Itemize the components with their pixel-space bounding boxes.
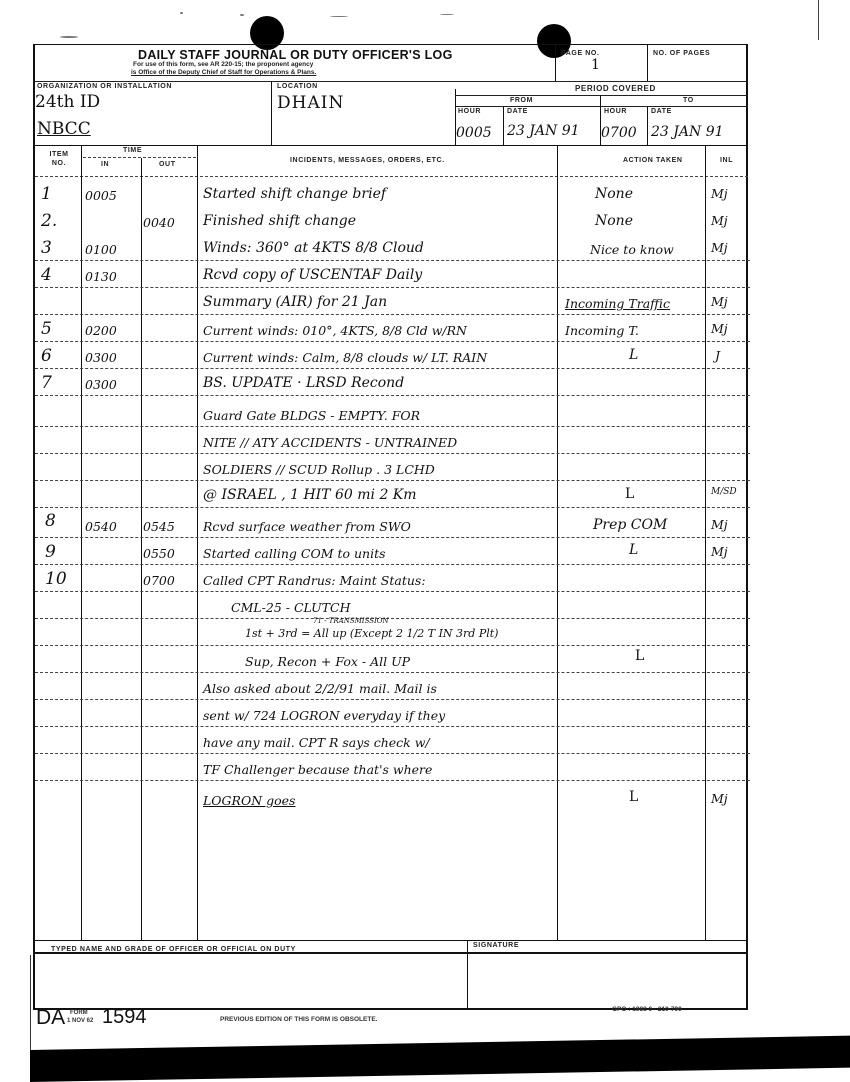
- item-no[interactable]: 7: [41, 373, 52, 393]
- item-no[interactable]: 3: [41, 238, 52, 258]
- col-time: TIME: [123, 147, 142, 154]
- from-date-value[interactable]: 23 JAN 91: [507, 123, 580, 139]
- signature-block: TYPED NAME AND GRADE OF OFFICER OR OFFIC…: [33, 940, 748, 1010]
- action-taken[interactable]: Prep COM: [593, 517, 667, 533]
- scan-speck: [180, 12, 183, 14]
- entry-text[interactable]: 1st + 3rd = All up (Except 2 1/2 T IN 3r…: [245, 627, 498, 640]
- from-hour-value[interactable]: 0005: [456, 125, 492, 141]
- divider: [271, 81, 272, 145]
- action-taken[interactable]: L: [625, 486, 634, 502]
- entry-text[interactable]: Called CPT Randrus: Maint Status:: [203, 573, 426, 588]
- previous-edition-note: PREVIOUS EDITION OF THIS FORM IS OBSOLET…: [220, 1016, 377, 1023]
- table-row: CML-25 - CLUTCH: [35, 592, 750, 619]
- action-taken[interactable]: Incoming Traffic: [565, 296, 670, 311]
- scan-speck: [60, 36, 78, 38]
- divider: [35, 145, 748, 146]
- scan-edge-mark: [818, 0, 819, 40]
- table-row: 9 0550 Started calling COM to units L Mj: [35, 538, 750, 565]
- scan-shadow-bar: [30, 1036, 850, 1082]
- table-row: 4 0130 Rcvd copy of USCENTAF Daily: [35, 261, 750, 288]
- entry-text[interactable]: Guard Gate BLDGS - EMPTY. FOR: [203, 408, 420, 423]
- time-out[interactable]: 0545: [143, 519, 175, 534]
- page-no-value[interactable]: 1: [591, 57, 600, 73]
- item-no[interactable]: 1: [41, 184, 52, 204]
- signature-field[interactable]: [473, 954, 743, 998]
- entry-text[interactable]: have any mail. CPT R says check w/: [203, 735, 430, 750]
- item-no[interactable]: 5: [41, 319, 52, 339]
- to-hour-label: HOUR: [604, 108, 627, 115]
- entry-text[interactable]: Finished shift change: [203, 213, 356, 229]
- table-row: Also asked about 2/2/91 mail. Mail is: [35, 673, 750, 700]
- time-in[interactable]: 0300: [85, 377, 117, 392]
- item-no[interactable]: 10: [45, 569, 67, 589]
- initials[interactable]: M/SD: [711, 487, 737, 497]
- col-initials: INL: [720, 157, 733, 164]
- col-action-taken: ACTION TAKEN: [623, 157, 683, 164]
- initials[interactable]: Mj: [711, 544, 728, 559]
- scan-speck: [240, 14, 244, 16]
- row-rule: [35, 507, 750, 508]
- initials[interactable]: J: [715, 348, 720, 363]
- divider: [455, 106, 748, 107]
- entry-text[interactable]: SOLDIERS // SCUD Rollup . 3 LCHD: [203, 462, 435, 477]
- table-row: 3 0100 Winds: 360° at 4KTS 8/8 Cloud Nic…: [35, 234, 750, 261]
- no-of-pages-field[interactable]: [653, 59, 743, 79]
- form-date: 1 NOV 62: [67, 1018, 93, 1024]
- entry-text[interactable]: Sup, Recon + Fox - All UP: [245, 654, 410, 669]
- action-taken[interactable]: L: [629, 347, 638, 363]
- divider: [555, 45, 556, 81]
- time-in[interactable]: 0540: [85, 519, 117, 534]
- divider: [35, 81, 748, 82]
- table-row: 71 - TRANSMISSION 1st + 3rd = All up (Ex…: [35, 619, 750, 646]
- table-row: 8 0540 0545 Rcvd surface weather from SW…: [35, 511, 750, 538]
- form-subtitle: is Office of the Deputy Chief of Staff f…: [131, 69, 316, 76]
- entry-annotation[interactable]: 71 - TRANSMISSION: [313, 617, 389, 625]
- initials[interactable]: Mj: [711, 240, 728, 255]
- signature-label: SIGNATURE: [473, 942, 519, 949]
- form-number: 1594: [102, 1006, 147, 1029]
- initials[interactable]: Mj: [711, 791, 728, 806]
- to-date-label: DATE: [651, 108, 672, 115]
- action-taken[interactable]: Nice to know: [590, 242, 674, 257]
- table-row: LOGRON goes L Mj: [35, 785, 750, 812]
- entry-text[interactable]: NITE // ATY ACCIDENTS - UNTRAINED: [203, 435, 457, 450]
- table-row: sent w/ 724 LOGRON everyday if they: [35, 700, 750, 727]
- no-of-pages-label: NO. OF PAGES: [653, 50, 710, 57]
- to-hour-value[interactable]: 0700: [601, 125, 637, 141]
- form-title: DAILY STAFF JOURNAL OR DUTY OFFICER'S LO…: [138, 48, 453, 62]
- time-in[interactable]: 0300: [85, 350, 117, 365]
- table-row: Sup, Recon + Fox - All UP L: [35, 646, 750, 673]
- location-value[interactable]: DHAIN: [277, 93, 344, 113]
- entry-text[interactable]: sent w/ 724 LOGRON everyday if they: [203, 708, 445, 723]
- table-row: 6 0300 Current winds: Calm, 8/8 clouds w…: [35, 342, 750, 369]
- action-taken[interactable]: L: [629, 789, 638, 805]
- organization-line2[interactable]: NBCC: [37, 119, 91, 139]
- entry-text[interactable]: BS. UPDATE · LRSD Recond: [203, 375, 404, 391]
- divider: [647, 45, 648, 81]
- time-in[interactable]: 0200: [85, 323, 117, 338]
- table-row: have any mail. CPT R says check w/: [35, 727, 750, 754]
- entry-text[interactable]: Also asked about 2/2/91 mail. Mail is: [203, 681, 437, 696]
- time-out[interactable]: 0040: [143, 215, 175, 230]
- organization-label: ORGANIZATION OR INSTALLATION: [37, 83, 172, 90]
- entry-text[interactable]: Current winds: 010°, 4KTS, 8/8 Cld w/RN: [203, 323, 467, 338]
- gpo-note: GPO : 1988 0 - 210-790: [612, 1006, 682, 1013]
- organization-line1[interactable]: 24th ID: [35, 92, 100, 112]
- initials[interactable]: Mj: [711, 186, 728, 201]
- form-prefix: DA: [36, 1006, 65, 1030]
- item-no[interactable]: 8: [45, 511, 56, 531]
- item-no[interactable]: 9: [45, 542, 56, 562]
- form-subtitle: For use of this form, see AR 220-15; the…: [133, 61, 313, 68]
- action-taken[interactable]: None: [595, 213, 633, 229]
- time-in[interactable]: 0100: [85, 242, 117, 257]
- form-label: FORM: [70, 1010, 88, 1016]
- item-no[interactable]: 4: [41, 265, 52, 285]
- page-no-label: PAGE NO.: [561, 50, 600, 57]
- to-date-value[interactable]: 23 JAN 91: [651, 124, 724, 140]
- entry-text[interactable]: CML-25 - CLUTCH: [231, 600, 350, 615]
- table-row: TF Challenger because that's where: [35, 754, 750, 781]
- divider: [455, 95, 748, 96]
- from-hour-label: HOUR: [458, 108, 481, 115]
- entry-text[interactable]: Winds: 360° at 4KTS 8/8 Cloud: [203, 240, 424, 256]
- item-no[interactable]: 2.: [41, 211, 57, 231]
- initials[interactable]: Mj: [711, 213, 728, 228]
- table-row: @ ISRAEL , 1 HIT 60 mi 2 Km L M/SD: [35, 481, 750, 508]
- table-row: 5 0200 Current winds: 010°, 4KTS, 8/8 Cl…: [35, 315, 750, 342]
- initials[interactable]: Mj: [711, 517, 728, 532]
- period-covered-label: PERIOD COVERED: [575, 84, 656, 93]
- table-row: NITE // ATY ACCIDENTS - UNTRAINED: [35, 427, 750, 454]
- entry-text[interactable]: Rcvd surface weather from SWO: [203, 519, 411, 534]
- entry-text[interactable]: TF Challenger because that's where: [203, 762, 432, 777]
- item-no[interactable]: 6: [41, 346, 52, 366]
- entry-text[interactable]: LOGRON goes: [203, 793, 295, 808]
- scan-speck: [440, 14, 454, 15]
- table-row: Summary (AIR) for 21 Jan Incoming Traffi…: [35, 288, 750, 315]
- action-taken[interactable]: None: [595, 186, 633, 202]
- entry-text[interactable]: Summary (AIR) for 21 Jan: [203, 294, 387, 310]
- typed-name-field[interactable]: [51, 958, 451, 998]
- table-row: 7 0300 BS. UPDATE · LRSD Recond: [35, 369, 750, 396]
- entry-text[interactable]: Current winds: Calm, 8/8 clouds w/ LT. R…: [203, 350, 487, 365]
- col-item-no: ITEM NO.: [44, 150, 74, 168]
- entry-text[interactable]: Started shift change brief: [203, 186, 386, 202]
- time-in[interactable]: 0130: [85, 269, 117, 284]
- action-taken[interactable]: L: [629, 542, 638, 558]
- divider: [83, 157, 196, 158]
- col-time-out: OUT: [159, 161, 176, 168]
- entry-text[interactable]: @ ISRAEL , 1 HIT 60 mi 2 Km: [203, 487, 417, 503]
- to-label: TO: [683, 97, 694, 104]
- action-taken[interactable]: Incoming T.: [565, 323, 639, 338]
- table-row: SOLDIERS // SCUD Rollup . 3 LCHD: [35, 454, 750, 481]
- from-date-label: DATE: [507, 108, 528, 115]
- table-row: 10 0700 Called CPT Randrus: Maint Status…: [35, 565, 750, 592]
- divider: [647, 106, 648, 145]
- col-incidents: INCIDENTS, MESSAGES, ORDERS, ETC.: [290, 157, 445, 164]
- entry-text[interactable]: Started calling COM to units: [203, 546, 386, 561]
- duty-officer-log-form: DAILY STAFF JOURNAL OR DUTY OFFICER'S LO…: [33, 44, 748, 954]
- divider: [503, 106, 504, 145]
- table-row: Guard Gate BLDGS - EMPTY. FOR: [35, 400, 750, 427]
- col-time-in: IN: [101, 161, 109, 168]
- location-label: LOCATION: [277, 83, 318, 90]
- row-rule: [35, 395, 750, 396]
- entry-text[interactable]: Rcvd copy of USCENTAF Daily: [203, 267, 422, 283]
- action-taken[interactable]: L: [635, 648, 644, 664]
- row-rule: [35, 780, 750, 781]
- divider: [467, 940, 468, 1008]
- typed-name-label: TYPED NAME AND GRADE OF OFFICER OR OFFIC…: [51, 946, 296, 953]
- initials[interactable]: Mj: [711, 294, 728, 309]
- time-in[interactable]: 0005: [85, 188, 117, 203]
- time-out[interactable]: 0700: [143, 573, 175, 588]
- table-row: 1 0005 Started shift change brief None M…: [35, 180, 750, 207]
- table-row: 2. 0040 Finished shift change None Mj: [35, 207, 750, 234]
- from-label: FROM: [510, 97, 533, 104]
- time-out[interactable]: 0550: [143, 546, 175, 561]
- initials[interactable]: Mj: [711, 321, 728, 336]
- scan-speck: [330, 16, 348, 17]
